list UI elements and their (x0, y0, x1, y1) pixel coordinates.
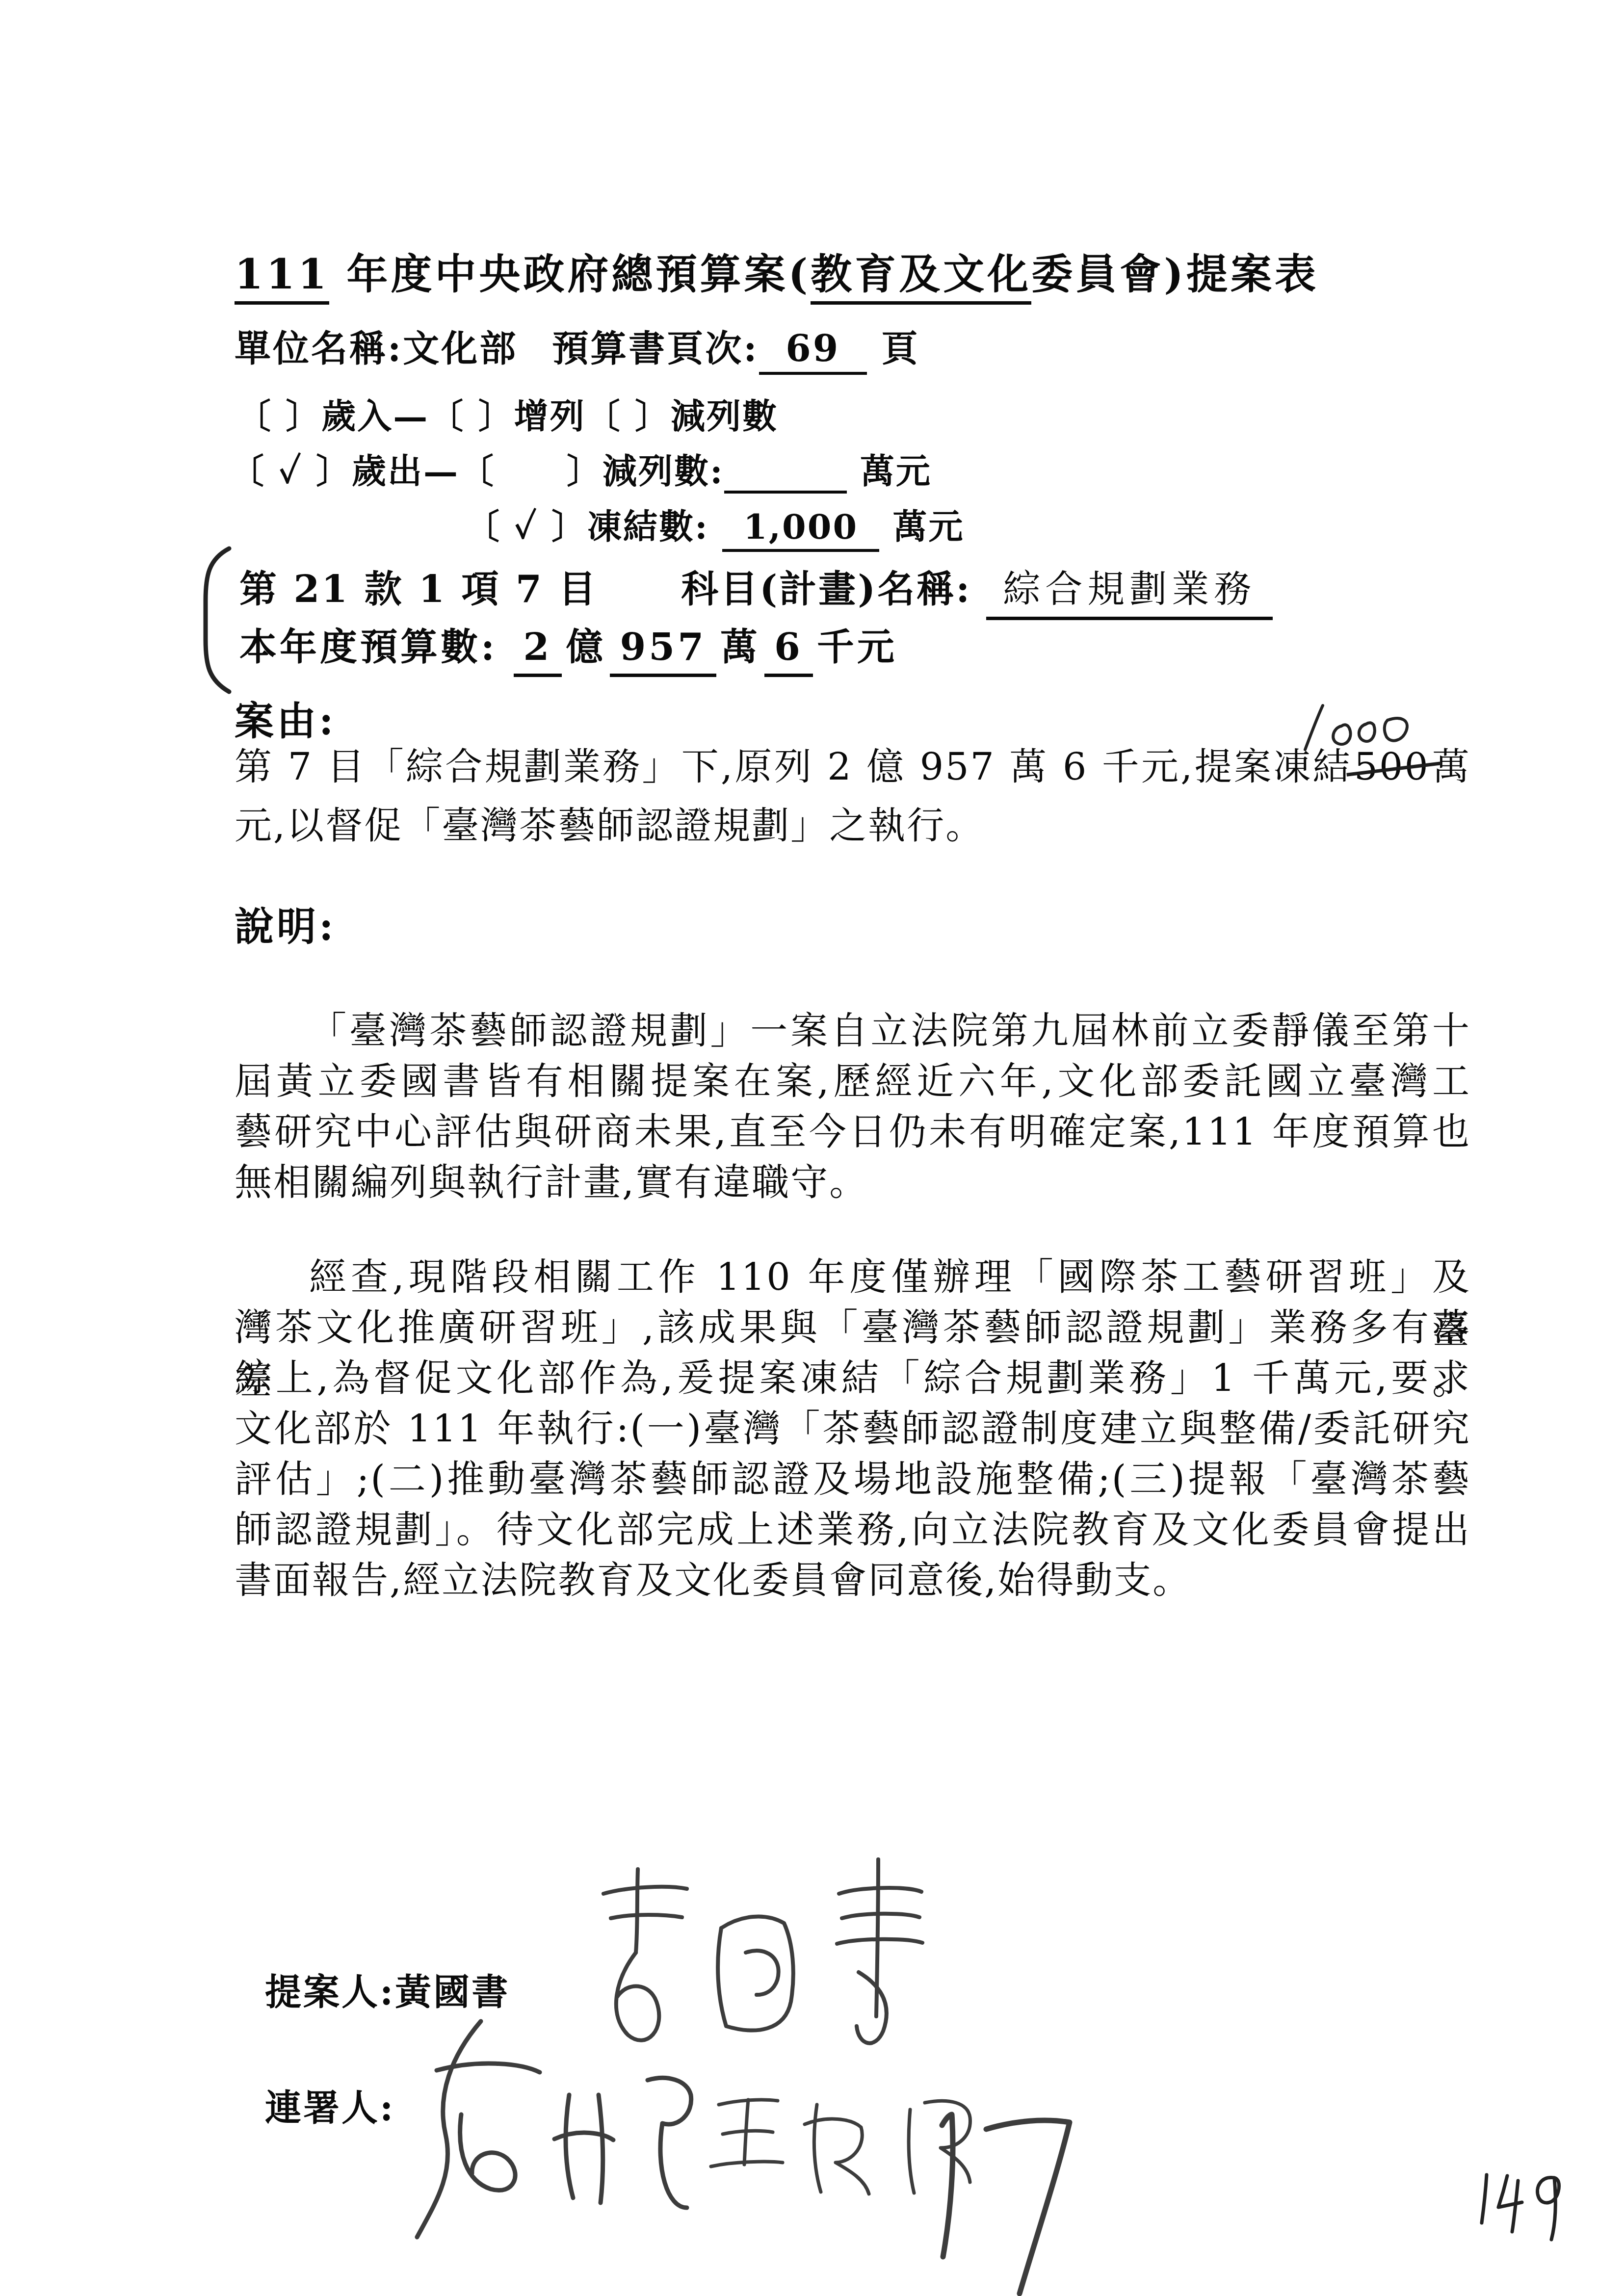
checkbox-row-expenditure: 〔 ✓ 〕歲出—〔 〕減列數: 萬元 (230, 444, 932, 494)
budget-num-qian: 6 (764, 625, 813, 677)
case-line1-post: 萬 (1432, 745, 1471, 788)
checkbox-row-revenue: 〔 〕歲入—〔 〕增列〔 〕減列數 (236, 389, 778, 439)
title-tail: 委員會)提案表 (1031, 250, 1319, 298)
unit-line: 單位名稱:文化部預算書頁次:69 頁 (235, 320, 919, 375)
budget-num-yi: 2 (514, 625, 562, 677)
budget-label: 本年度預算數: (239, 625, 498, 669)
budget-unit-wan: 萬 (720, 625, 760, 669)
explanation-p1-line2: 屆黃立委國書皆有相關提案在案,歷經近六年,文化部委託國立臺灣工 (235, 1051, 1471, 1105)
subject-value: 綜合規劃業務 (986, 567, 1273, 620)
explanation-p2-line7: 書面報告,經立法院教育及文化委員會同意後,始得動支。 (235, 1550, 1471, 1604)
budget-num-wan: 957 (610, 625, 716, 677)
cosigner-label: 連署人: (265, 2087, 395, 2129)
case-struck-amount: 500 (1352, 745, 1432, 788)
reduction-amount-blank (724, 456, 847, 494)
freeze-amount-unit: 萬元 (892, 506, 964, 547)
expenditure-checked-label: 〔 ✓ 〕歲出—〔 〕減列數: (230, 451, 724, 492)
case-line1-pre: 第 7 目「綜合規劃業務」下,原列 2 億 957 萬 6 千元,提案凍結 (235, 745, 1352, 788)
explanation-p1-line4: 無相關編列與執行計畫,實有違職守。 (235, 1152, 1471, 1206)
proposer-line: 提案人:黃國書 (265, 1963, 510, 2015)
subject-label: 科目(計畫)名稱: (681, 567, 971, 611)
title-middle: 年度中央政府總預算案( (329, 250, 811, 298)
title-year: 111 (235, 250, 329, 305)
title-committee: 教育及文化 (811, 250, 1031, 305)
proposer-name: 黃國書 (395, 1971, 510, 2013)
clause-number: 第 21 款 1 項 7 目 (239, 567, 598, 611)
document-page: 111 年度中央政府總預算案(教育及文化委員會)提案表 單位名稱:文化部預算書頁… (0, 0, 1624, 2296)
budget-unit-qian: 千元 (817, 625, 897, 669)
budget-book-page-value: 69 (759, 328, 867, 375)
reduction-amount-unit: 萬元 (860, 451, 932, 492)
budget-line: 本年度預算數: 2億957萬6千元 (239, 617, 901, 671)
freeze-checked-label: 〔 ✓ 〕凍結數: (465, 506, 709, 547)
freeze-amount-value: 1,000 (722, 506, 879, 552)
case-text-line2: 元,以督促「臺灣茶藝師認證規劃」之執行。 (235, 796, 1471, 849)
cosigner-line: 連署人: (265, 2079, 395, 2131)
checkbox-row-freeze: 〔 ✓ 〕凍結數: 1,000 萬元 (465, 499, 964, 552)
clause-group-bracket (199, 546, 234, 695)
explanation-p1-line3: 藝研究中心評估與研商未果,直至今日仍未有明確定案,111 年度預算也 (235, 1102, 1471, 1155)
budget-book-page-unit: 頁 (881, 328, 919, 370)
clause-line: 第 21 款 1 項 7 目科目(計畫)名稱:綜合規劃業務 (239, 559, 1273, 613)
explanation-heading: 說明: (235, 895, 337, 951)
signature-kao-hung-an (383, 2011, 707, 2247)
unit-value: 文化部 (403, 328, 518, 370)
explanation-p2-line3: 綜上,為督促文化部作為,爰提案凍結「綜合規劃業務」1 千萬元,要求 (235, 1348, 1471, 1402)
explanation-p1-line1: 「臺灣茶藝師認證規劃」一案自立法院第九屆林前立委靜儀至第十 (235, 1001, 1471, 1054)
proposer-label: 提案人: (265, 1971, 395, 2013)
unit-label: 單位名稱: (235, 328, 403, 370)
explanation-p2-line6: 師認證規劃」。待文化部完成上述業務,向立法院教育及文化委員會提出 (235, 1500, 1471, 1553)
budget-book-page-label: 預算書頁次: (552, 328, 759, 370)
handwritten-tally-17 (908, 2090, 1094, 2296)
document-title: 111 年度中央政府總預算案(教育及文化委員會)提案表 (235, 241, 1319, 301)
explanation-p2-line4: 文化部於 111 年執行:(一)臺灣「茶藝師認證制度建立與整備/委託研究 (235, 1399, 1471, 1452)
budget-unit-yi: 億 (566, 625, 606, 669)
case-text-line1: 第 7 目「綜合規劃業務」下,原列 2 億 957 萬 6 千元,提案凍結500… (235, 737, 1471, 790)
explanation-p2-line5: 評估」;(二)推動臺灣茶藝師認證及場地設施整備;(三)提報「臺灣茶藝 (235, 1449, 1471, 1503)
handwritten-page-number-149 (1472, 2161, 1575, 2244)
